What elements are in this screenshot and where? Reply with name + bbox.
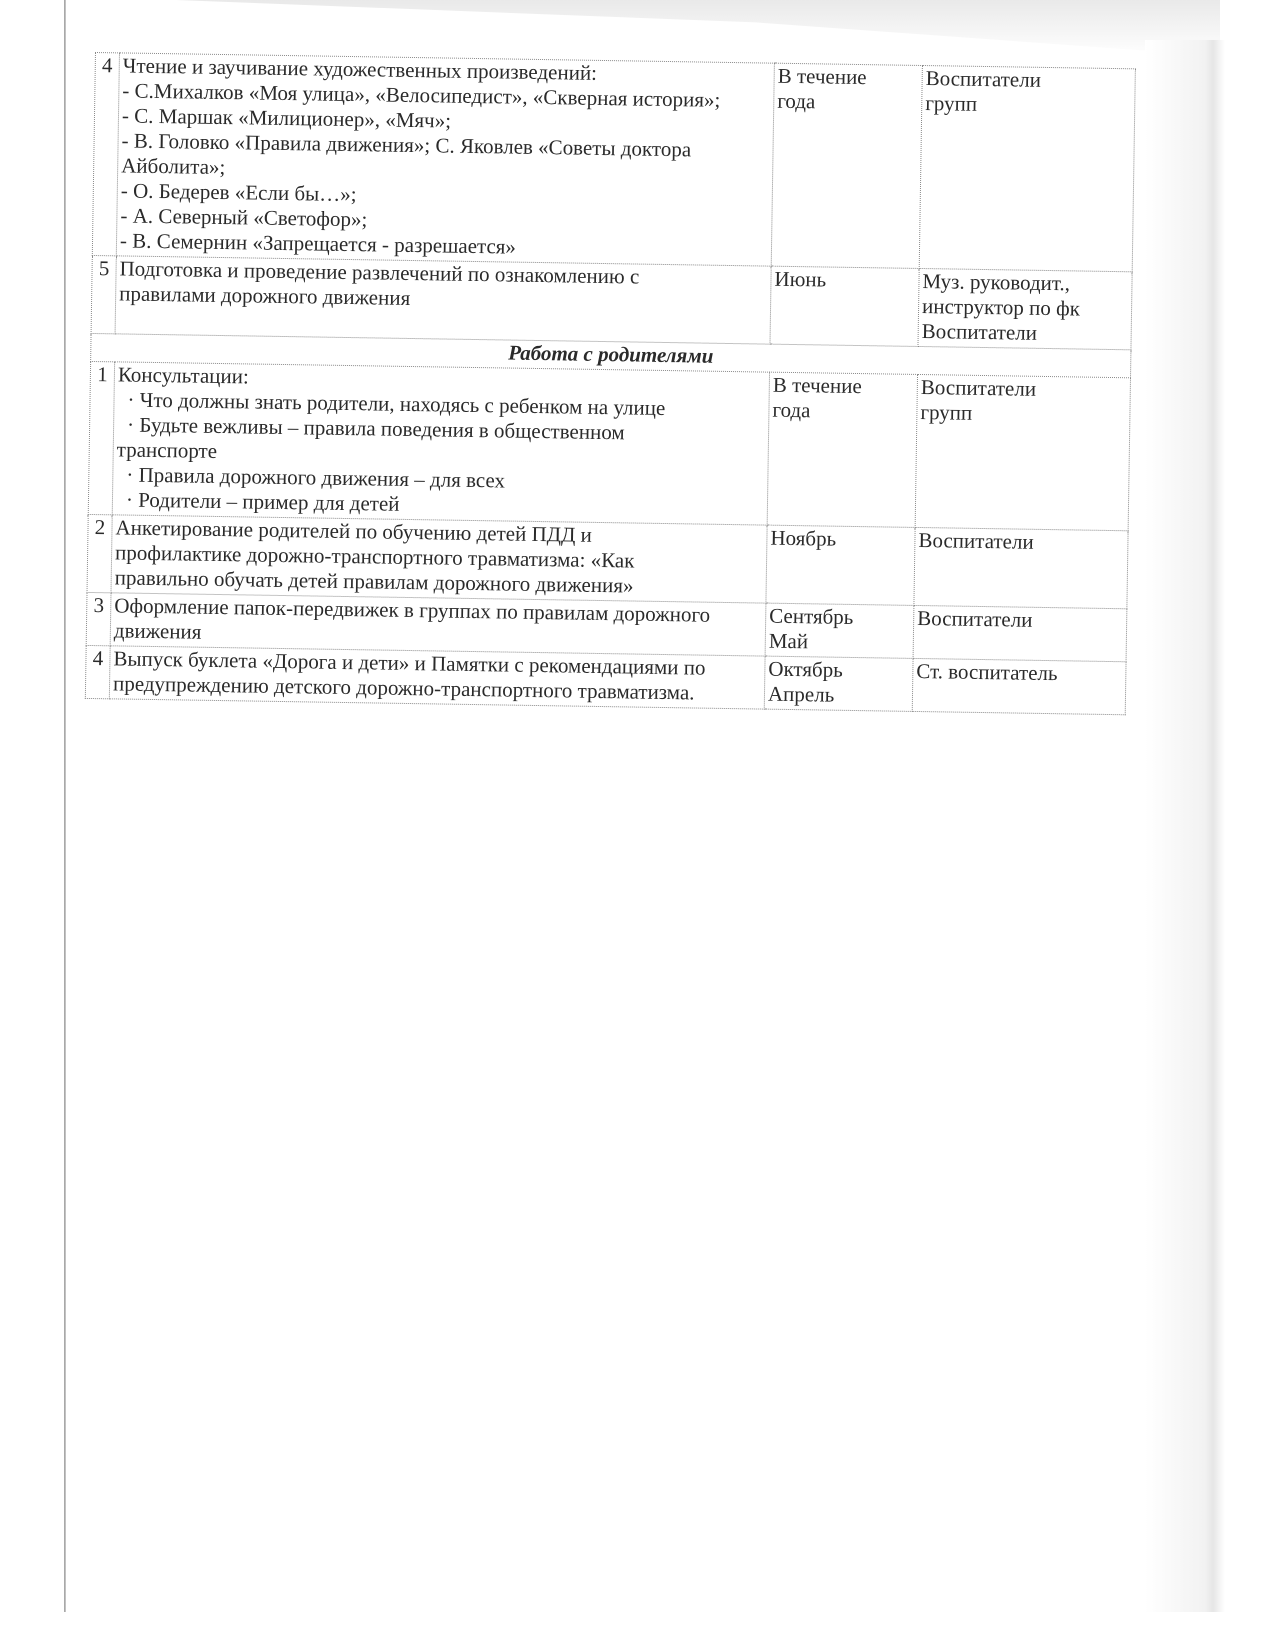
section-parents-work: 1Консультации:· Что должны знать родител…	[85, 361, 1130, 714]
row-number: 4	[92, 53, 119, 256]
row-number: 2	[87, 514, 112, 592]
responsible-cell: Ст. воспитатель	[912, 658, 1126, 714]
date-cell-line: В течение	[778, 64, 919, 91]
task-cell: Анкетирование родителей по обучению дете…	[111, 515, 767, 603]
scan-shadow	[60, 0, 1220, 56]
date-cell-line: года	[772, 398, 913, 425]
date-cell: ОктябрьАпрель	[764, 656, 913, 711]
responsible-cell-line: Ст. воспитатель	[916, 659, 1122, 687]
row-number: 3	[86, 592, 111, 645]
date-cell-line: Апрель	[768, 682, 909, 709]
responsible-cell: Воспитатели	[913, 605, 1127, 661]
responsible-cell: Воспитатели	[914, 527, 1128, 608]
date-cell-line: года	[777, 89, 918, 116]
task-cell: Консультации:· Что должны знать родители…	[112, 362, 769, 525]
row-number: 1	[88, 361, 114, 514]
responsible-cell: Муз. руководит.,инструктор по фкВоспитат…	[918, 268, 1132, 349]
table-row: 4Чтение и заучивание художественных прои…	[92, 53, 1135, 272]
responsible-cell: Воспитателигрупп	[915, 374, 1130, 530]
responsible-cell-line: групп	[925, 91, 1131, 119]
document-page: 4Чтение и заучивание художественных прои…	[85, 52, 1135, 715]
date-cell-line: Октябрь	[768, 657, 909, 684]
row-number: 4	[85, 645, 110, 698]
date-cell-line: Сентябрь	[769, 604, 910, 631]
responsible-cell-line: групп	[920, 400, 1126, 428]
task-cell: Выпуск буклета «Дорога и дети» и Памятки…	[109, 646, 765, 709]
date-cell-line: В течение	[773, 373, 914, 400]
scan-left-edge	[0, 0, 66, 1650]
task-cell: Чтение и заучивание художественных произ…	[116, 53, 774, 266]
plan-table: 4Чтение и заучивание художественных прои…	[85, 52, 1136, 715]
date-cell: В течениегода	[767, 372, 917, 527]
date-cell: СентябрьМай	[765, 603, 914, 658]
responsible-cell-line: Муз. руководит.,	[922, 269, 1128, 297]
task-cell: Подготовка и проведение развлечений по о…	[115, 256, 771, 344]
responsible-cell-line: инструктор по фк	[922, 294, 1128, 322]
scan-bottom-margin	[0, 1612, 1275, 1650]
date-cell: В течениегода	[771, 63, 922, 268]
scan-right-edge	[1145, 40, 1275, 1612]
row-number: 5	[91, 255, 116, 333]
date-cell-line: Май	[769, 629, 910, 656]
table-row: 1Консультации:· Что должны знать родител…	[88, 361, 1130, 530]
responsible-cell-line: Воспитатели	[921, 375, 1127, 403]
date-cell: Июнь	[770, 266, 919, 346]
section-children-work: 4Чтение и заучивание художественных прои…	[91, 53, 1135, 350]
date-cell-line: Ноябрь	[770, 526, 911, 553]
responsible-cell: Воспитателигрупп	[919, 65, 1135, 271]
responsible-cell-line: Воспитатели	[925, 66, 1131, 94]
date-cell: Ноябрь	[766, 525, 915, 605]
date-cell-line: Июнь	[774, 267, 915, 294]
responsible-cell-line: Воспитатели	[917, 606, 1123, 634]
responsible-cell-line: Воспитатели	[918, 528, 1124, 556]
responsible-cell-line: Воспитатели	[922, 319, 1128, 347]
